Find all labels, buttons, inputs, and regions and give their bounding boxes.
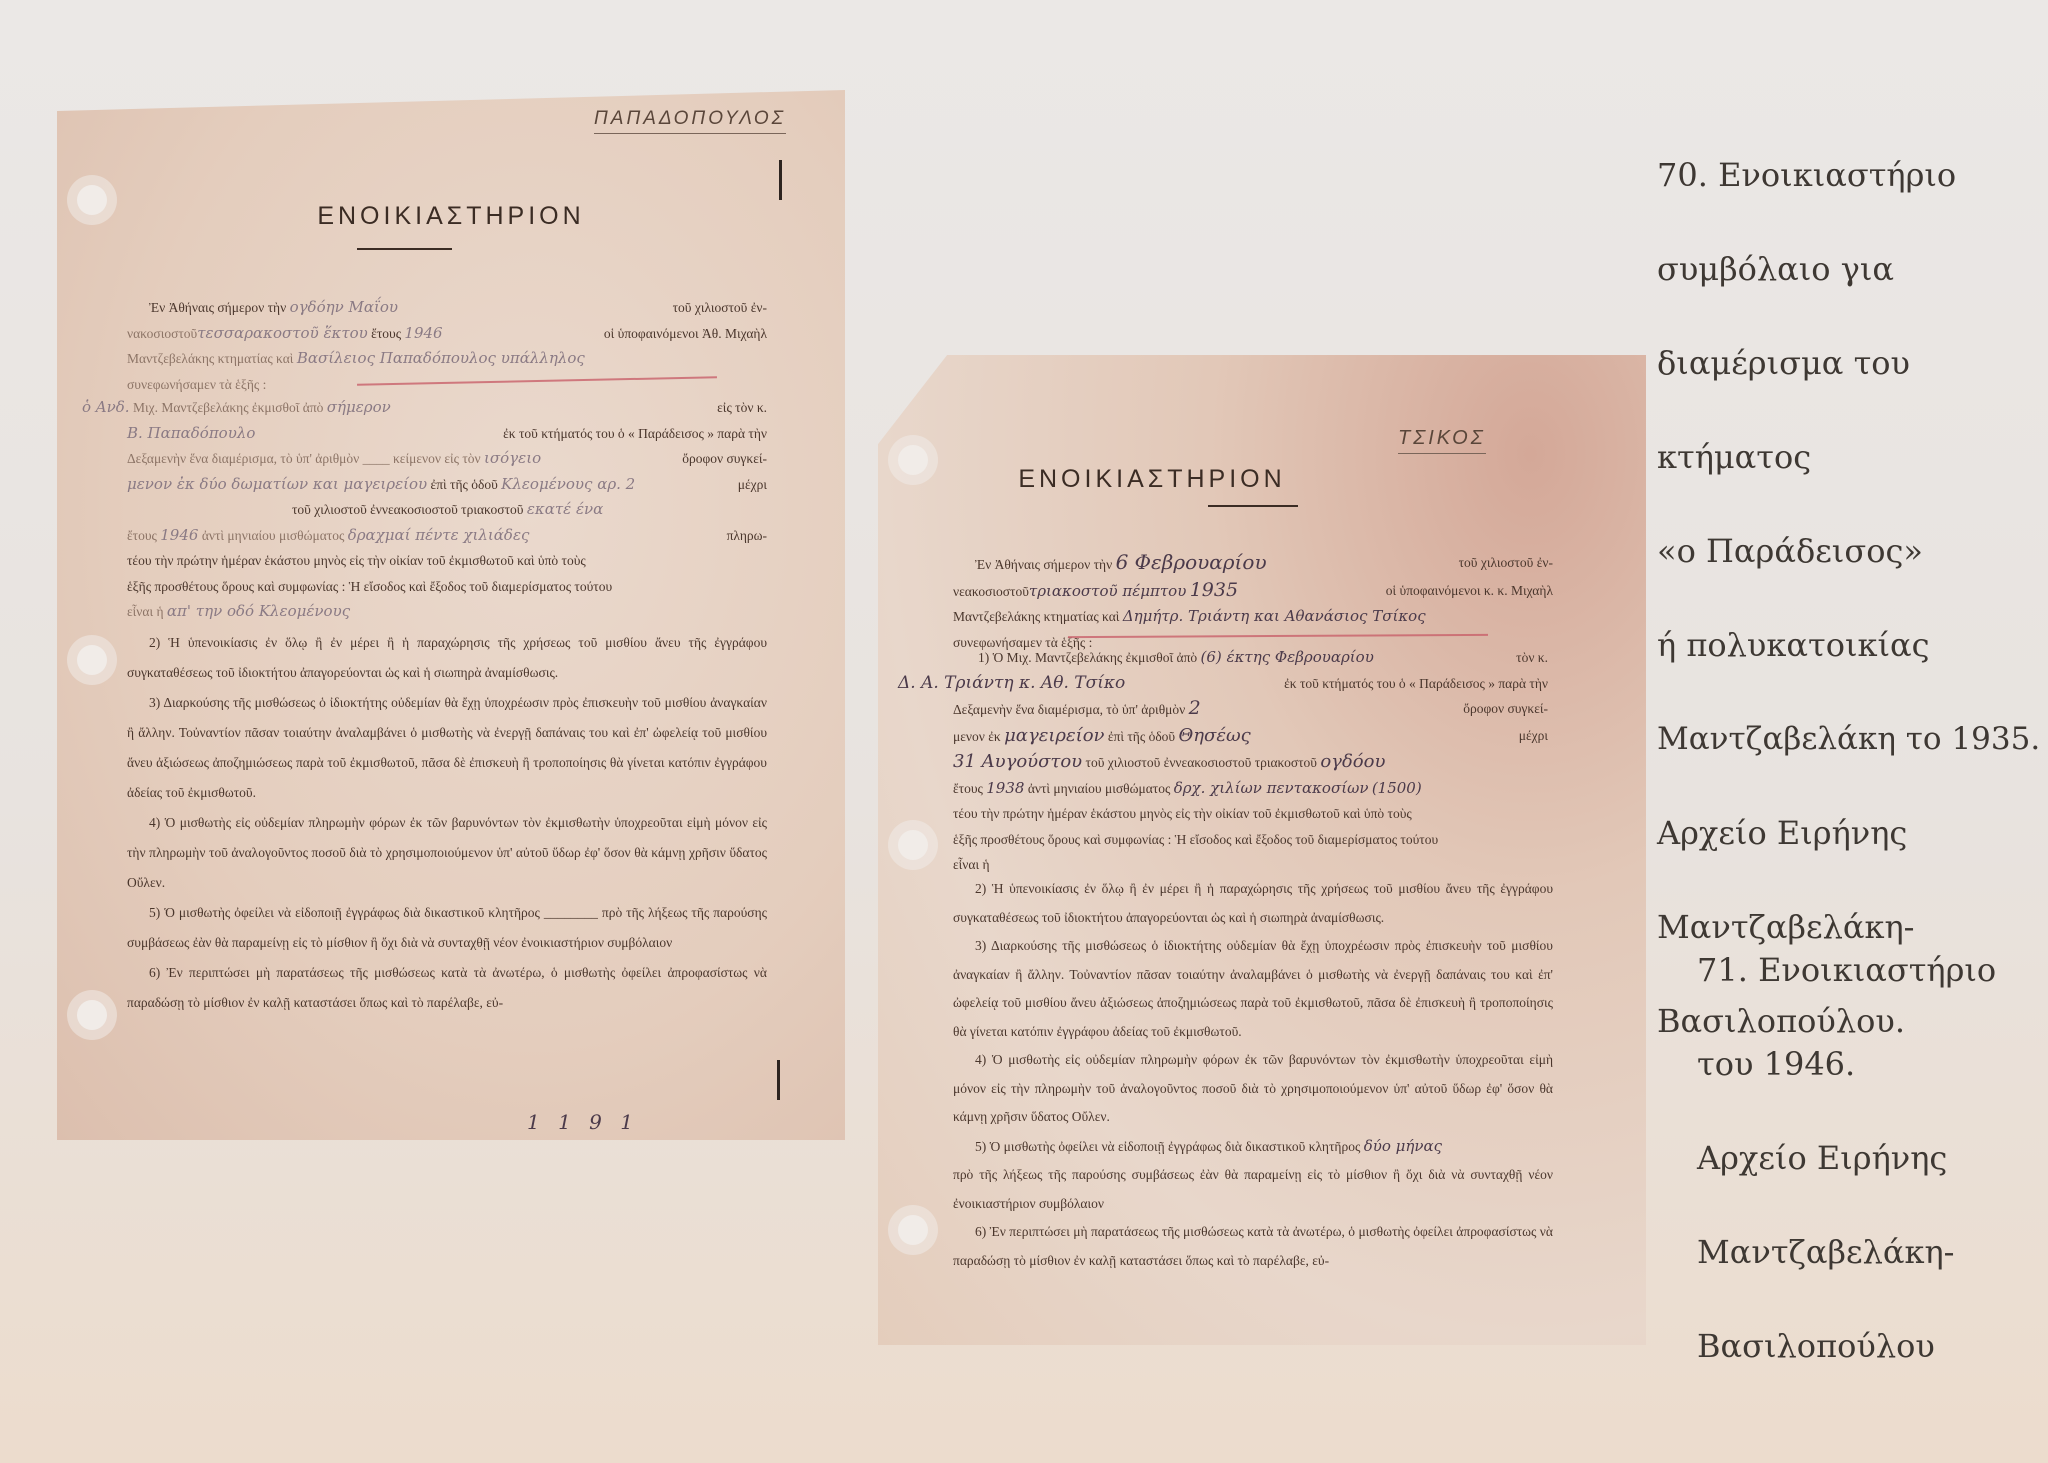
handwritten-mark: 1 1 9 1 bbox=[527, 1110, 639, 1134]
punch-hole bbox=[77, 645, 107, 675]
clause-6: 6) Ἐν περιπτώσει μὴ παρατάσεως τῆς μισθώ… bbox=[127, 958, 767, 1018]
handwritten-tenant-name: ΠΑΠΑΔΟΠΟΥΛΟΣ bbox=[594, 108, 786, 134]
handwritten-date: ογδόην Μαΐου bbox=[290, 298, 398, 316]
clause-6: 6) Ἐν περιπτώσει μὴ παρατάσεως τῆς μισθώ… bbox=[953, 1218, 1553, 1275]
clause-5: 5) Ὁ μισθωτὴς ὀφείλει νὰ εἰδοποιῇ ἐγγράφ… bbox=[953, 1132, 1553, 1162]
margin-mark bbox=[777, 1060, 780, 1100]
handwritten-rent: δραχμαί πέντε χιλιάδες bbox=[348, 526, 530, 544]
handwritten-rent-amount: (1500) bbox=[1372, 779, 1422, 797]
handwritten-rent: δρχ. χιλίων πεντακοσίων bbox=[1174, 779, 1369, 797]
clause-5: 5) Ὁ μισθωτὴς ὀφείλει νὰ εἰδοποιῇ ἐγγράφ… bbox=[127, 898, 767, 958]
lease-document-1935: ΤΣΙΚΟΣ ΕΝΟΙΚΙΑΣΤΗΡΙΟΝ Ἐν Ἀθήναις σήμερον… bbox=[878, 355, 1646, 1345]
clause-5-cont: πρὸ τῆς λήξεως τῆς παρούσης συμβάσεως ἐὰ… bbox=[953, 1161, 1553, 1218]
margin-mark bbox=[779, 160, 782, 200]
clauses-2-6: 2) Ἡ ὑπενοικίασις ἐν ὅλῳ ἢ ἐν μέρει ἢ ἡ … bbox=[953, 875, 1553, 1275]
clause-4: 4) Ὁ μισθωτὴς εἰς οὐδεμίαν πληρωμὴν φόρω… bbox=[953, 1046, 1553, 1132]
clauses-2-6: 2) Ἡ ὑπενοικίασις ἐν ὅλῳ ἢ ἐν μέρει ἢ ἡ … bbox=[127, 628, 767, 1018]
handwritten-tenants: Δημήτρ. Τριάντη και Αθανάσιος Τσίκος bbox=[1123, 607, 1426, 625]
clause-2: 2) Ἡ ὑπενοικίασις ἐν ὅλῳ ἢ ἐν μέρει ἢ ἡ … bbox=[127, 628, 767, 688]
handwritten-tenant: Βασίλειος Παπαδόπουλος υπάλληλος bbox=[297, 349, 585, 367]
clause-3: 3) Διαρκούσης τῆς μισθώσεως ὁ ἰδιοκτήτης… bbox=[127, 688, 767, 808]
handwritten-year: 1935 bbox=[1190, 579, 1238, 601]
punch-hole bbox=[77, 1000, 107, 1030]
clause-1: 1) Ὁ Μιχ. Μαντζεβελάκης ἐκμισθοῖ ἀπὸ (6)… bbox=[898, 645, 1548, 878]
clause-2: 2) Ἡ ὑπενοικίασις ἐν ὅλῳ ἢ ἐν μέρει ἢ ἡ … bbox=[953, 875, 1553, 932]
punch-hole bbox=[898, 1215, 928, 1245]
handwritten-notice-period: δύο μήνας bbox=[1364, 1137, 1442, 1155]
handwritten-tenant-name: ΤΣΙΚΟΣ bbox=[1398, 427, 1486, 454]
lease-document-1946: ΠΑΠΑΔΟΠΟΥΛΟΣ ΕΝΟΙΚΙΑΣΤΗΡΙΟΝ Ἐν Ἀθήναις σ… bbox=[57, 90, 845, 1140]
contract-intro: Ἐν Ἀθήναις σήμερον τὴν 6 Φεβρουαρίου τοῦ… bbox=[953, 550, 1553, 655]
handwritten-date: 6 Φεβρουαρίου bbox=[1116, 550, 1267, 574]
clause-1: ὁ Ανδ. Μιχ. Μαντζεβελάκης ἐκμισθοῖ ἀπὸ σ… bbox=[82, 395, 767, 625]
clause-3: 3) Διαρκούσης τῆς μισθώσεως ὁ ἰδιοκτήτης… bbox=[953, 932, 1553, 1046]
title-underline bbox=[1208, 505, 1298, 507]
document-title: ΕΝΟΙΚΙΑΣΤΗΡΙΟΝ bbox=[768, 465, 1536, 494]
clause-4: 4) Ὁ μισθωτὴς εἰς οὐδεμίαν πληρωμὴν φόρω… bbox=[127, 808, 767, 898]
title-underline bbox=[357, 248, 452, 250]
document-title: ΕΝΟΙΚΙΑΣΤΗΡΙΟΝ bbox=[57, 202, 845, 231]
handwritten-year: 1946 bbox=[404, 324, 442, 342]
caption-item-71: 71. Ενοικιαστήριο του 1946. Αρχείο Ειρήν… bbox=[1697, 900, 1996, 1417]
